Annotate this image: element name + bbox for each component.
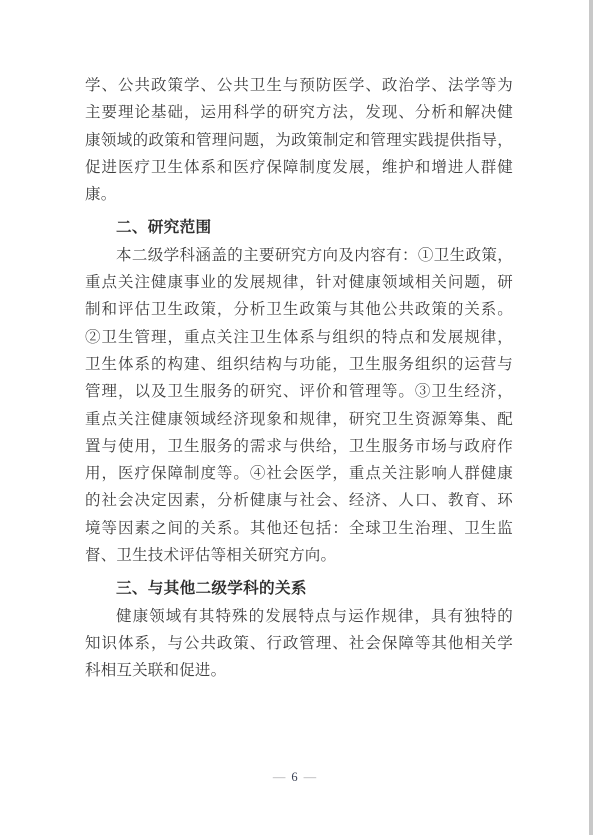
text-line: 健康领域有其特殊的发展特点与运作规律，具有独特的 — [85, 603, 513, 630]
footer-dash-right: — — [304, 770, 317, 784]
text-line: 的社会决定因素，分析健康与社会、经济、人口、教育、环 — [85, 487, 513, 514]
section-heading: 三、与其他二级学科的关系 — [85, 575, 513, 602]
text-line: 督、卫生技术评估等相关研究方向。 — [85, 542, 513, 569]
text-line: 重点关注健康领域经济现象和规律，研究卫生资源筹集、配 — [85, 406, 513, 433]
page-edge-shadow — [589, 0, 593, 835]
text-line: 卫生体系的构建、组织结构与功能，卫生服务组织的运营与 — [85, 351, 513, 378]
text-line: 知识体系，与公共政策、行政管理、社会保障等其他相关学 — [85, 630, 513, 657]
text-line: 用，医疗保障制度等。④社会医学，重点关注影响人群健康 — [85, 460, 513, 487]
text-line: 学、公共政策学、公共卫生与预防医学、政治学、法学等为 — [85, 72, 513, 99]
text-line: 康。 — [85, 181, 513, 208]
text-line: 管理，以及卫生服务的研究、评价和管理等。③卫生经济， — [85, 378, 513, 405]
text-line: 康领域的政策和管理问题，为政策制定和管理实践提供指导， — [85, 127, 513, 154]
text-line: 境等因素之间的关系。其他还包括：全球卫生治理、卫生监 — [85, 515, 513, 542]
page-number: 6 — [285, 770, 303, 784]
page-footer: —6— — [0, 769, 589, 785]
section-heading: 二、研究范围 — [85, 214, 513, 241]
text-line: 主要理论基础，运用科学的研究方法，发现、分析和解决健 — [85, 99, 513, 126]
text-line: ②卫生管理，重点关注卫生体系与组织的特点和发展规律， — [85, 324, 513, 351]
document-body: 学、公共政策学、公共卫生与预防医学、政治学、法学等为主要理论基础，运用科学的研究… — [85, 72, 513, 685]
text-line: 重点关注健康事业的发展规律，针对健康领域相关问题，研 — [85, 269, 513, 296]
paragraph: 本二级学科涵盖的主要研究方向及内容有：①卫生政策，重点关注健康事业的发展规律，针… — [85, 242, 513, 570]
paragraph: 健康领域有其特殊的发展特点与运作规律，具有独特的知识体系，与公共政策、行政管理、… — [85, 603, 513, 685]
document-page: 学、公共政策学、公共卫生与预防医学、政治学、法学等为主要理论基础，运用科学的研究… — [0, 0, 593, 835]
text-line: 促进医疗卫生体系和医疗保障制度发展，维护和增进人群健 — [85, 154, 513, 181]
footer-dash-left: — — [273, 770, 286, 784]
text-line: 科相互关联和促进。 — [85, 657, 513, 684]
text-line: 制和评估卫生政策，分析卫生政策与其他公共政策的关系。 — [85, 296, 513, 323]
text-line: 置与使用，卫生服务的需求与供给，卫生服务市场与政府作 — [85, 433, 513, 460]
text-line: 本二级学科涵盖的主要研究方向及内容有：①卫生政策， — [85, 242, 513, 269]
paragraph: 学、公共政策学、公共卫生与预防医学、政治学、法学等为主要理论基础，运用科学的研究… — [85, 72, 513, 208]
